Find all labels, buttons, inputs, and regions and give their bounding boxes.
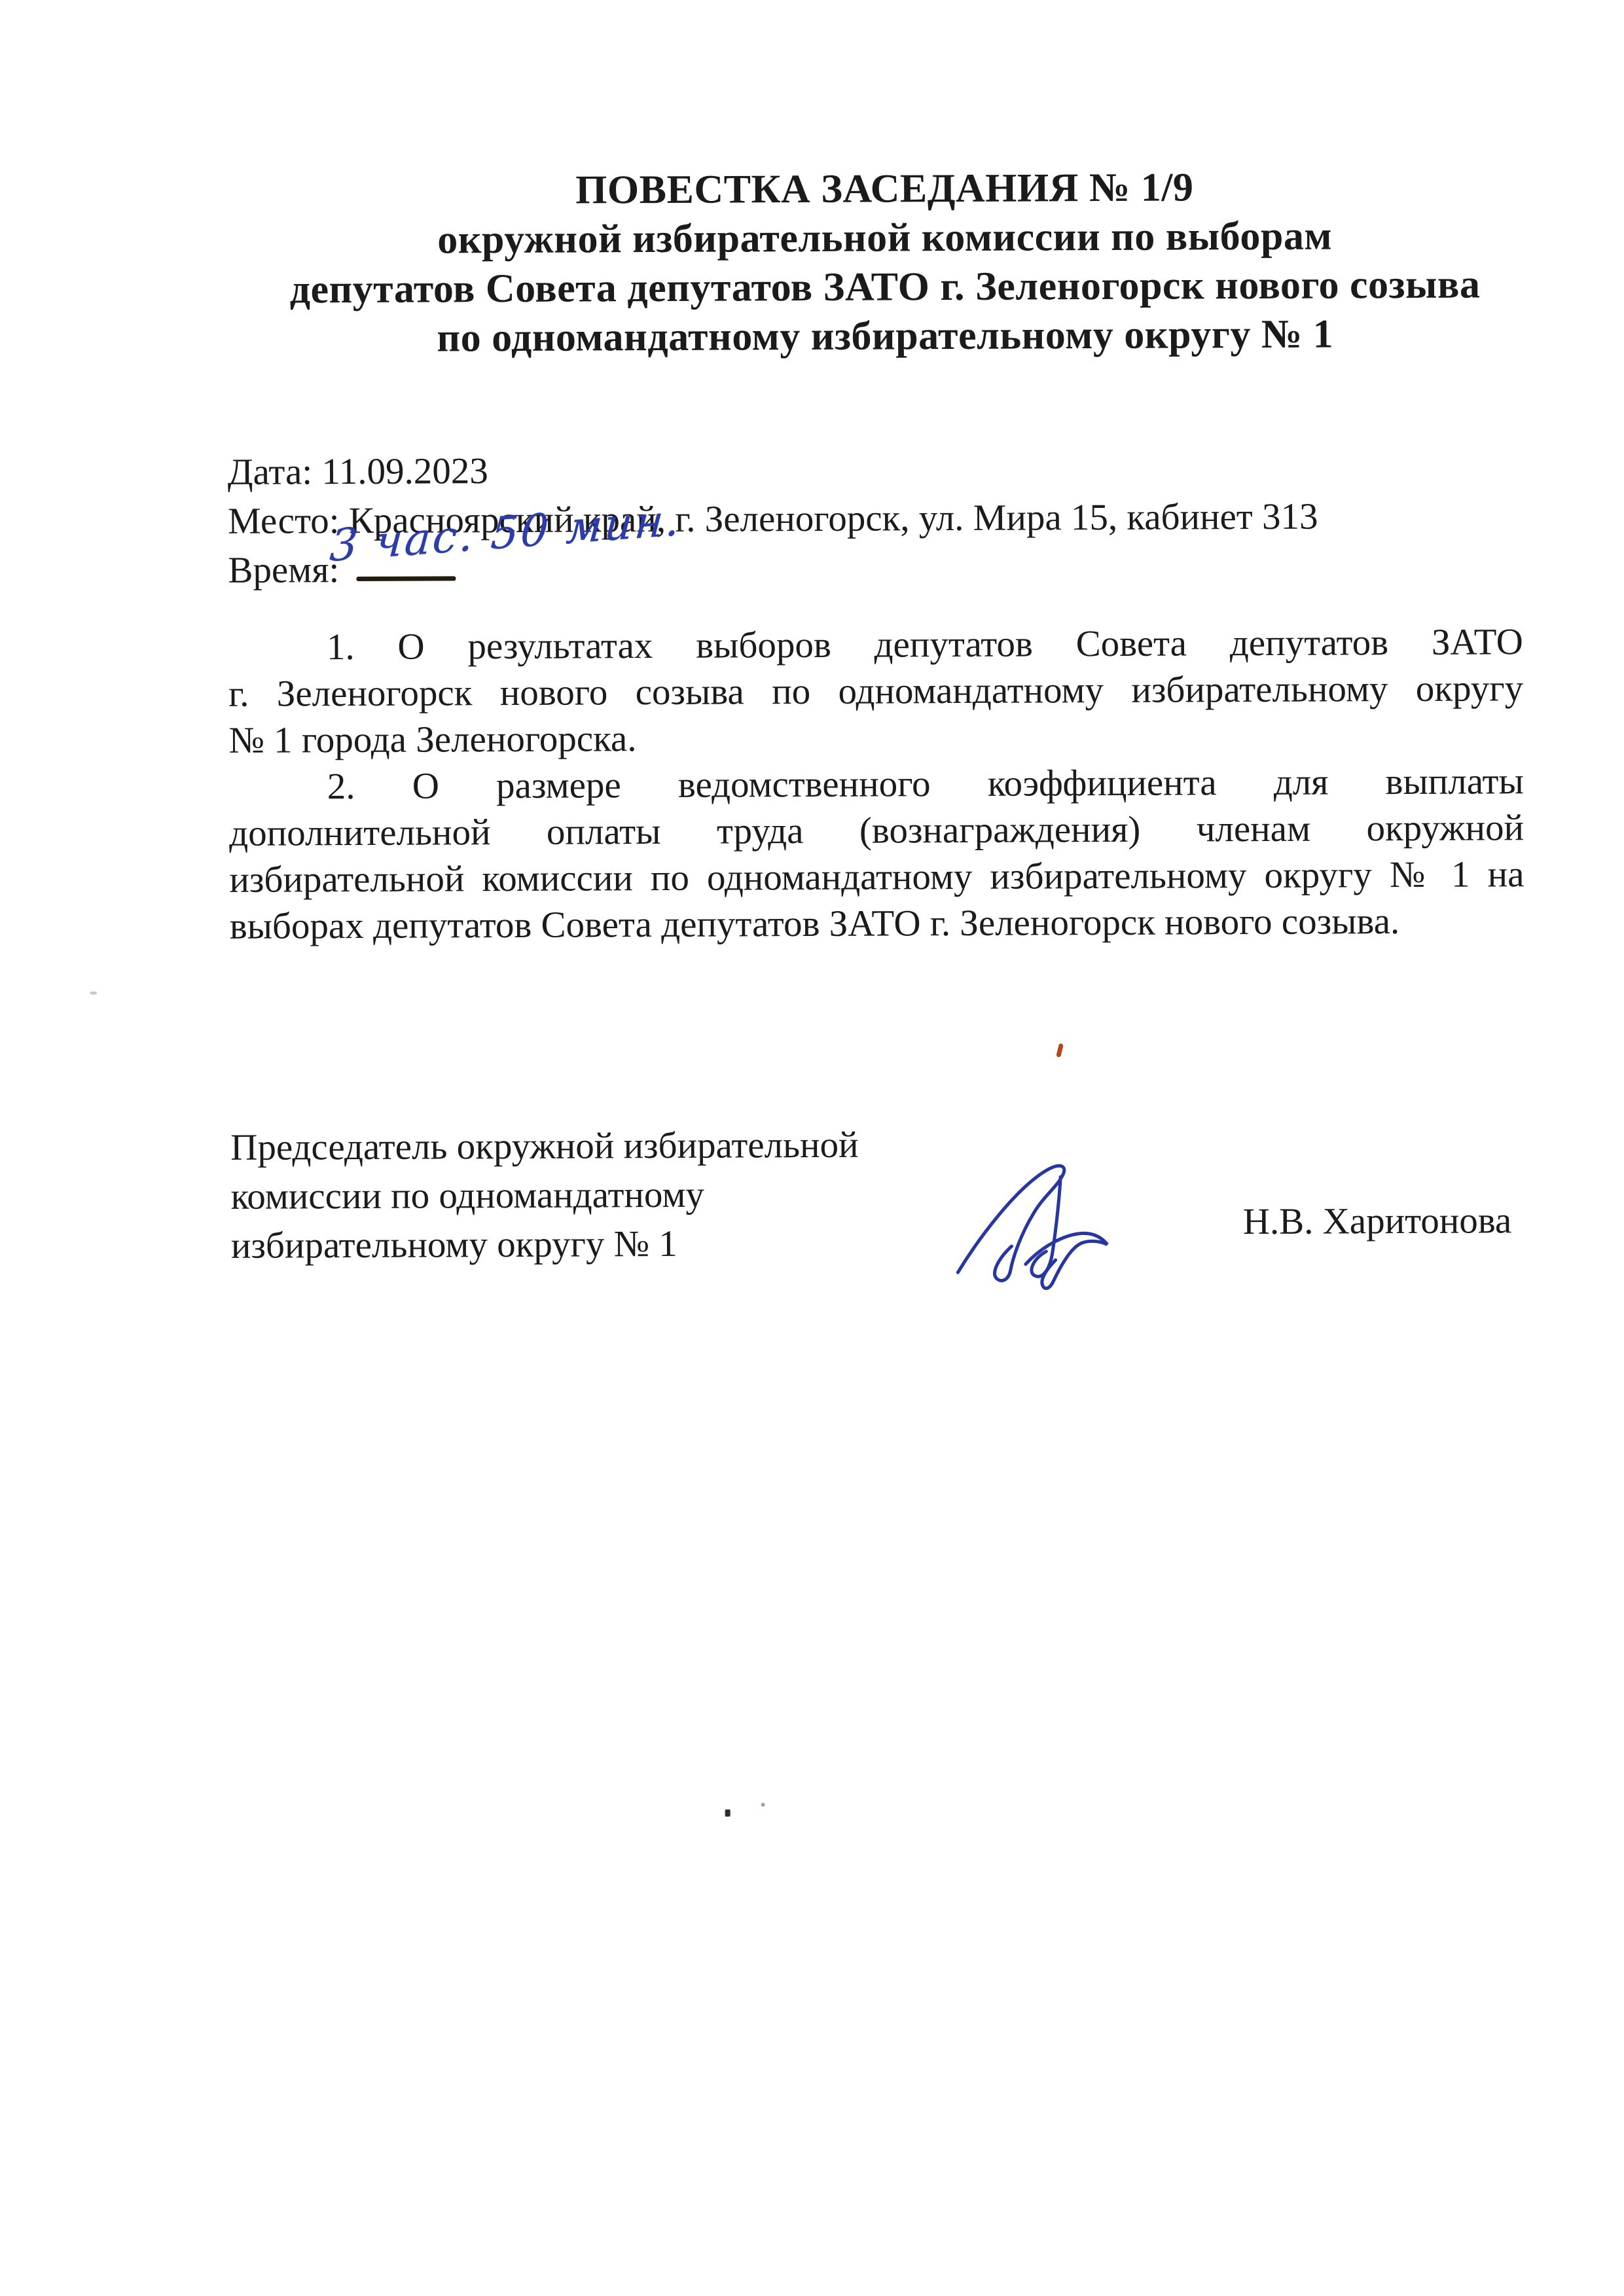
- scan-artifact-dark-speck: [725, 1810, 731, 1817]
- scan-artifact-grey-speck: [90, 992, 97, 995]
- signatory-position-line-2: комиссии по одномандатному: [230, 1169, 1016, 1221]
- agenda-item-2-line-2: дополнительной оплаты труда (вознагражде…: [229, 804, 1524, 857]
- date-line: Дата: 11.09.2023: [228, 442, 1530, 497]
- title-line-4: по одномандатному избирательному округу …: [239, 309, 1532, 364]
- signatory-position-line-1: Председатель окружной избирательной: [230, 1120, 1016, 1172]
- signatory-name: Н.В. Харитонова: [1243, 1196, 1512, 1246]
- time-label: Время:: [228, 549, 339, 591]
- title-line-3: депутатов Совета депутатов ЗАТО г. Зелен…: [238, 260, 1531, 315]
- agenda-item-2-line-3: избирательной комиссии по одномандатному…: [229, 851, 1524, 903]
- agenda-item-1-line-1: 1. О результатах выборов депутатов Совет…: [228, 619, 1523, 671]
- scan-content: ПОВЕСТКА ЗАСЕДАНИЯ № 1/9 окружной избира…: [0, 0, 1624, 2296]
- agenda-item-2-line-1: 2. О размере ведомственного коэффициента…: [229, 758, 1524, 810]
- time-blank-underline: [356, 576, 456, 581]
- agenda-item-1-line-3: № 1 города Зеленогорска.: [228, 711, 1523, 764]
- agenda-block: 1. О результатах выборов депутатов Совет…: [228, 619, 1525, 950]
- date-label: Дата:: [228, 451, 313, 493]
- signatory-position-line-3: избирательному округу № 1: [231, 1218, 1017, 1270]
- document-title-block: ПОВЕСТКА ЗАСЕДАНИЯ № 1/9 окружной избира…: [238, 162, 1532, 364]
- title-line-2: окружной избирательной комиссии по выбор…: [238, 211, 1531, 266]
- title-line-1: ПОВЕСТКА ЗАСЕДАНИЯ № 1/9: [238, 162, 1531, 217]
- place-label: Место:: [228, 500, 340, 542]
- agenda-item-1-line-2: г. Зеленогорск нового созыва по одноманд…: [228, 665, 1523, 717]
- agenda-item-2-line-4: выборах депутатов Совета депутатов ЗАТО …: [230, 897, 1525, 950]
- scan-artifact-blue-speck: [761, 1803, 765, 1806]
- signatory-position-block: Председатель окружной избирательной коми…: [230, 1120, 1017, 1270]
- signature-autograph: [947, 1157, 1113, 1294]
- scan-artifact-red-tick: [1056, 1043, 1064, 1058]
- date-value: 11.09.2023: [321, 450, 488, 492]
- scanned-document-page: ПОВЕСТКА ЗАСЕДАНИЯ № 1/9 окружной избира…: [0, 0, 1624, 2296]
